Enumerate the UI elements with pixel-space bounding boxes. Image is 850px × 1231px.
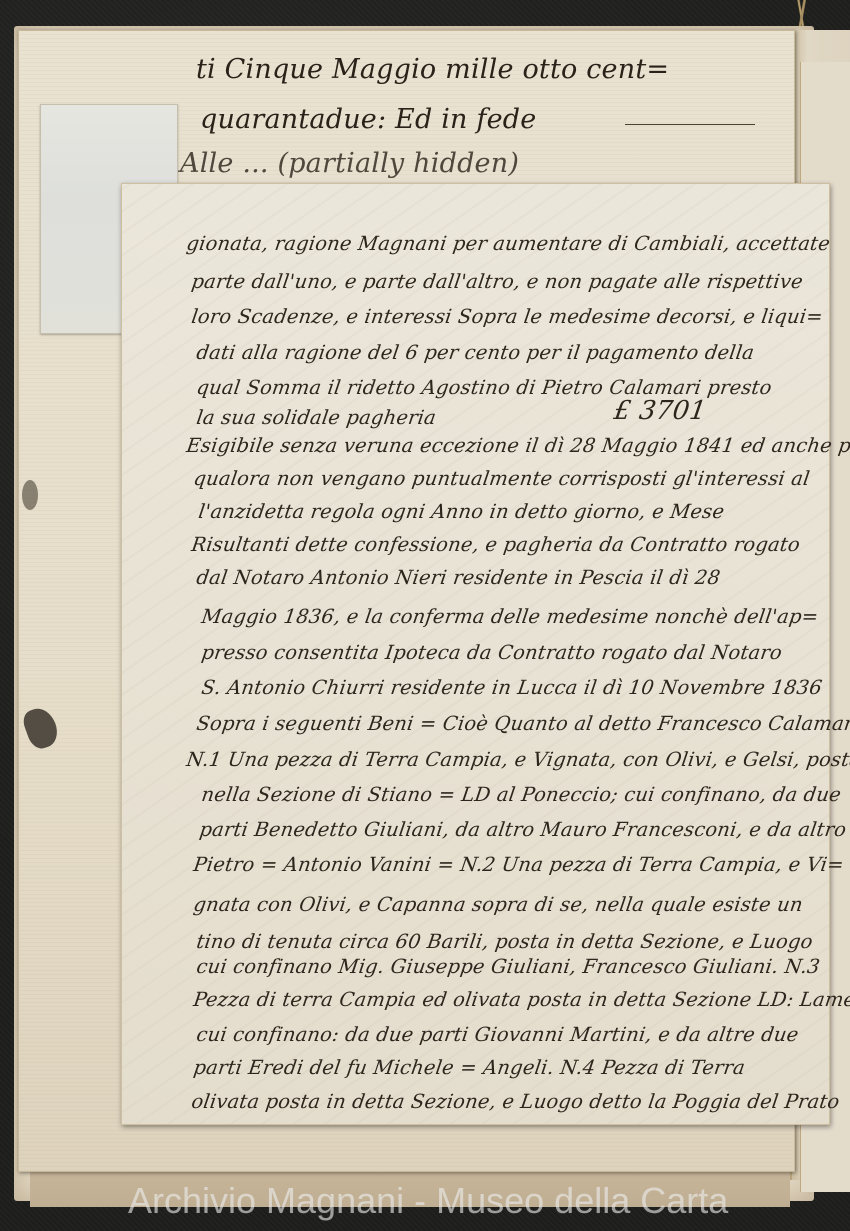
text-line: qualora non vengano puntualmente corrisp… — [192, 467, 811, 490]
text-line: gnata con Olivi, e Capanna sopra di se, … — [192, 893, 804, 916]
ink-stain — [22, 480, 38, 510]
amount: £ 3701 — [612, 396, 708, 426]
text-line: parte dall'uno, e parte dall'altro, e no… — [190, 270, 805, 293]
text-line: dal Notaro Antonio Nieri residente in Pe… — [195, 566, 722, 589]
text-line: S. Antonio Chiurri residente in Lucca il… — [200, 676, 824, 699]
text-line: presso consentita Ipoteca da Contratto r… — [200, 641, 784, 664]
text-line: Maggio 1836, e la conferma delle medesim… — [200, 605, 820, 628]
heading-line-partial: Alle ... (partially hidden) — [180, 148, 519, 179]
text-line: cui confinano Mig. Giuseppe Giuliani, Fr… — [195, 955, 822, 978]
text-line: olivata posta in detta Sezione, e Luogo … — [190, 1090, 841, 1113]
text-line: dati alla ragione del 6 per cento per il… — [195, 341, 756, 364]
text-line: Pietro = Antonio Vanini = N.2 Una pezza … — [192, 853, 845, 876]
text-line: Risultanti dette confessione, e pagheria… — [190, 533, 802, 556]
heading-line: ti Cinque Maggio mille otto cent= — [196, 54, 669, 85]
text-line: Esigibile senza veruna eccezione il dì 2… — [185, 434, 850, 457]
text-line: gionata, ragione Magnani per aumentare d… — [185, 232, 832, 255]
text-line: tino di tenuta circa 60 Barili, posta in… — [195, 930, 814, 953]
text-line: cui confinano: da due parti Giovanni Mar… — [195, 1023, 800, 1046]
text-line: parti Benedetto Giuliani, da altro Mauro… — [198, 818, 848, 841]
text-line: Sopra i seguenti Beni = Cioè Quanto al d… — [195, 712, 850, 735]
heading-line: quarantadue: Ed in fede — [200, 104, 536, 135]
text-line: nella Sezione di Stiano = LD al Poneccio… — [200, 783, 843, 806]
text-line: parti Eredi del fu Michele = Angeli. N.4… — [192, 1056, 747, 1079]
text-line: Pezza di terra Campia ed olivata posta i… — [192, 988, 850, 1011]
text-line: loro Scadenze, e interessi Sopra le mede… — [190, 305, 824, 328]
archive-watermark: Archivio Magnani - Museo della Carta — [128, 1180, 848, 1222]
heading-rule — [625, 124, 755, 125]
text-line: la sua solidale pagheria — [195, 406, 438, 429]
text-line: l'anzidetta regola ogni Anno in detto gi… — [197, 500, 726, 523]
text-line: N.1 Una pezza di Terra Campia, e Vignata… — [185, 748, 850, 771]
